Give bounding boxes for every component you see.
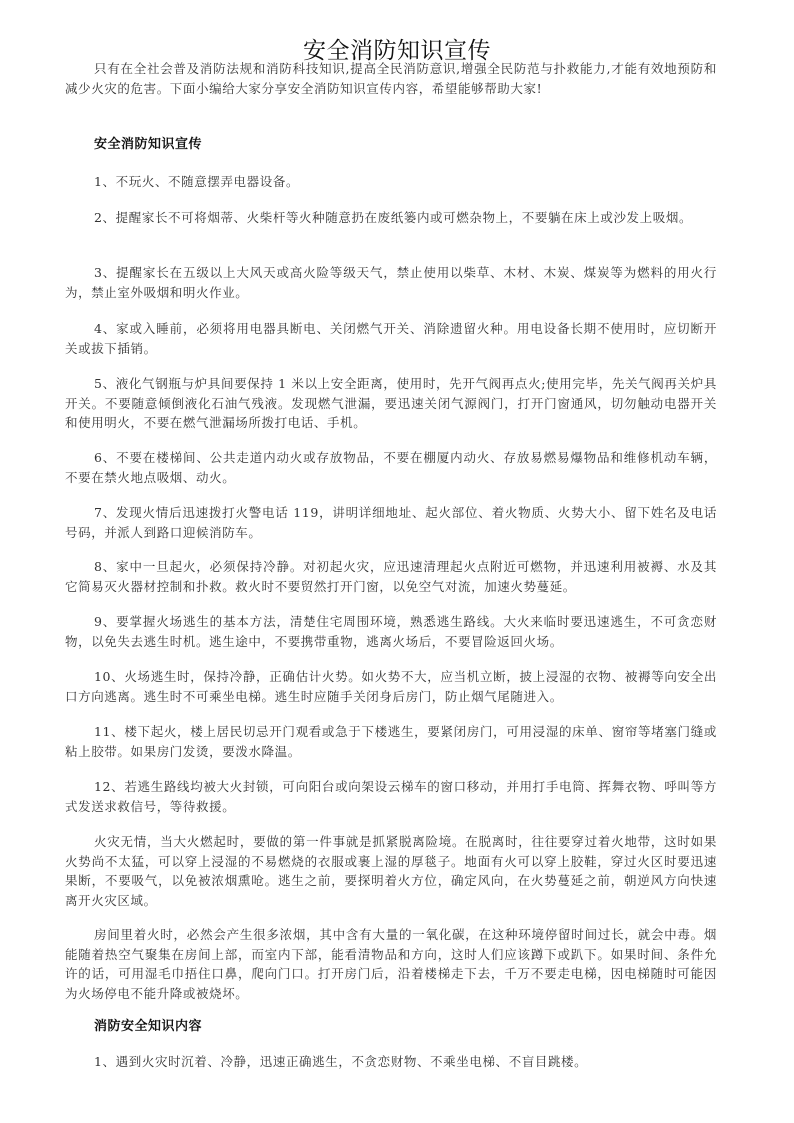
section-heading-propaganda: 安全消防知识宣传 [94,133,202,152]
body-paragraph: 火灾无情，当大火燃起时，要做的第一件事就是抓紧脱离险境。在脱离时，往往要穿过着火… [65,832,717,910]
list-item: 7、发现火情后迅速拨打火警电话 119，讲明详细地址、起火部位、着火物质、火势大… [65,503,717,542]
list-item: 2、提醒家长不可将烟蒂、火柴杆等火种随意扔在废纸篓内或可燃杂物上，不要躺在床上或… [65,208,717,228]
intro-paragraph: 只有在全社会普及消防法规和消防科技知识,提高全民消防意识,增强全民防范与扑救能力… [65,59,717,98]
list-item: 4、家或入睡前，必须将用电器具断电、关闭燃气开关、消除遗留火种。用电设备长期不使… [65,319,717,358]
list-item: 1、不玩火、不随意摆弄电器设备。 [65,172,717,192]
list-item: 1、遇到火灾时沉着、冷静，迅速正确逃生，不贪恋财物、不乘坐电梯、不盲目跳楼。 [65,1052,717,1072]
section-heading-content: 消防安全知识内容 [94,1015,202,1034]
list-item: 6、不要在楼梯间、公共走道内动火或存放物品，不要在棚厦内动火、存放易燃易爆物品和… [65,448,717,487]
document-page: 安全消防知识宣传 只有在全社会普及消防法规和消防科技知识,提高全民消防意识,增强… [0,0,794,1123]
list-item: 12、若逃生路线均被大火封锁，可向阳台或向架设云梯车的窗口移动，并用打手电筒、挥… [65,777,717,816]
list-item: 3、提醒家长在五级以上大风天或高火险等级天气，禁止使用以柴草、木材、木炭、煤炭等… [65,263,717,302]
list-item: 11、楼下起火，楼上居民切忌开门观看或急于下楼逃生，要紧闭房门，可用浸湿的床单、… [65,722,717,761]
list-item: 10、火场逃生时，保持冷静，正确估计火势。如火势不大，应当机立断，披上浸湿的衣物… [65,667,717,706]
body-paragraph: 房间里着火时，必然会产生很多浓烟，其中含有大量的一氧化碳，在这种环境停留时间过长… [65,925,717,1003]
list-item: 5、液化气钢瓶与炉具间要保持 1 米以上安全距离，使用时，先开气阀再点火;使用完… [65,374,717,433]
list-item: 8、家中一旦起火，必须保持冷静。对初起火灾，应迅速清理起火点附近可燃物，并迅速利… [65,557,717,596]
list-item: 9、要掌握火场逃生的基本方法，清楚住宅周围环境，熟悉逃生路线。大火来临时要迅速逃… [65,612,717,651]
